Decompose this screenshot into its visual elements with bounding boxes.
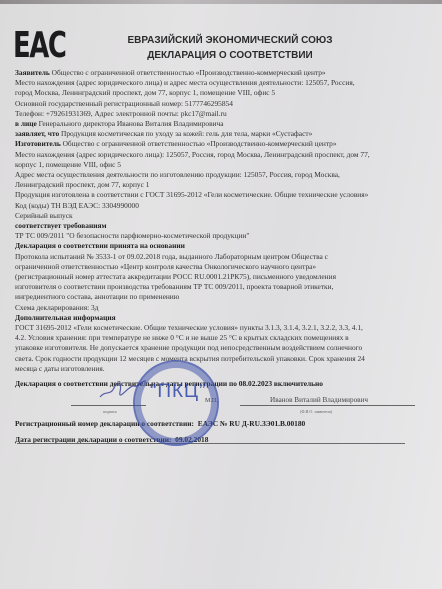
basis-line-3: (регистрационный номер аттестата аккреди… (15, 272, 410, 282)
representative-line: в лице Генерального директора Иванова Ви… (15, 119, 410, 129)
declaration-scheme: Схема декларирования: 3д (15, 303, 410, 313)
representative-value: Генерального директора Иванова Виталия В… (37, 119, 224, 128)
manufacturer-address-2: корпус 1, помещение VIII, офис 5 (15, 160, 410, 170)
applicant-contacts: Телефон: +79261931369, Адрес электронной… (15, 109, 410, 119)
representative-label: в лице (15, 119, 37, 128)
applicant-name: Общество с ограниченной ответственностью… (50, 68, 326, 77)
basis-line-4: изготовителя о соответствии производства… (15, 282, 410, 292)
manufacturer-line: Изготовитель Общество с ограниченной отв… (15, 139, 410, 149)
company-stamp-icon (133, 360, 219, 446)
additional-line-5: месяца с даты изготовления. (15, 364, 410, 374)
additional-line-2: 4.2. Условия хранения: при температуре н… (15, 333, 410, 343)
production-address-2: Ленинградский проспект, дом 77, корпус 1 (15, 180, 410, 190)
additional-info-label: Дополнительная информация (15, 313, 410, 323)
basis-line-5: ингредиентного состава, аннотации по при… (15, 292, 410, 302)
serial-release: Серийный выпуск (15, 211, 410, 221)
page-edge-shadow (0, 0, 442, 4)
production-address-1: Адрес места осуществления деятельности п… (15, 170, 410, 180)
signature-scribble-icon (98, 378, 148, 400)
applicant-line: Заявитель Общество с ограниченной ответс… (15, 68, 410, 78)
document-header: ЕВРАЗИЙСКИЙ ЭКОНОМИЧЕСКИЙ СОЮЗ ДЕКЛАРАЦИ… (120, 33, 340, 63)
union-title: ЕВРАЗИЙСКИЙ ЭКОНОМИЧЕСКИЙ СОЮЗ (120, 33, 340, 48)
applicant-address-2: город Москва, Ленинградский проспект, до… (15, 88, 410, 98)
signatory-caption: (Ф.И.О. заявителя) (300, 407, 332, 417)
product-description: Продукция косметическая по уходу за коже… (59, 129, 312, 138)
applicant-address-1: Место нахождения (адрес юридического лиц… (15, 78, 410, 88)
additional-line-3: упаковке изготовителя. Не допускается хр… (15, 343, 410, 353)
basis-line-1: Протокола испытаний № 3533-1 от 09.02.20… (15, 252, 410, 262)
signatory-name-line (240, 405, 415, 406)
applicant-label: Заявитель (15, 68, 50, 77)
manufacturer-address-1: Место нахождения (адрес юридического лиц… (15, 150, 410, 160)
bottom-rule (17, 443, 405, 444)
signature-caption: подпись (103, 407, 117, 417)
applicant-ogrn: Основной государственный регистрационный… (15, 99, 410, 109)
additional-line-1: ГОСТ 31695-2012 «Гели косметические. Общ… (15, 323, 410, 333)
product-standard: Продукция изготовлена в соответствии с Г… (15, 190, 410, 200)
declares-label: заявляет, что (15, 129, 59, 138)
manufacturer-label: Изготовитель (15, 139, 61, 148)
stamp-text: “ПКЦ” (150, 381, 206, 403)
additional-line-4: света. Срок годности продукции 12 месяце… (15, 354, 410, 364)
basis-line-2: ограниченной ответственностью «Центр кон… (15, 262, 410, 272)
eac-mark-icon: EAC (13, 28, 65, 64)
tnved-code: Код (коды) ТН ВЭД ЕАЭС: 3304990000 (15, 201, 410, 211)
signatory-name: Иванов Виталий Владимирович (270, 395, 368, 405)
basis-label: Декларация о соответствии принята на осн… (15, 241, 410, 251)
manufacturer-name: Общество с ограниченной ответственностью… (61, 139, 337, 148)
requirements-value: ТР ТС 009/2011 "О безопасности парфюмерн… (15, 231, 410, 241)
declares-line: заявляет, что Продукция косметическая по… (15, 129, 410, 139)
requirements-label: соответствует требованиям (15, 221, 410, 231)
declaration-title: ДЕКЛАРАЦИЯ О СООТВЕТСТВИИ (120, 48, 340, 63)
document-page: EAC ЕВРАЗИЙСКИЙ ЭКОНОМИЧЕСКИЙ СОЮЗ ДЕКЛА… (0, 0, 442, 589)
